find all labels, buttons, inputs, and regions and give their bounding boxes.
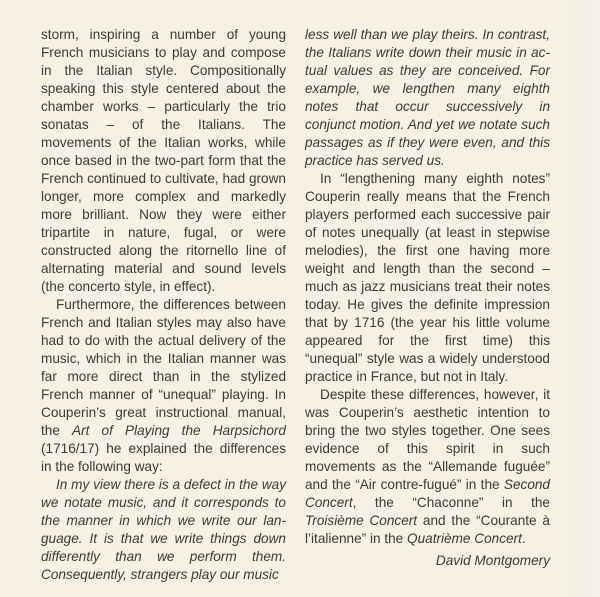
work-title: Troisième Concert	[305, 513, 417, 528]
text: , the “Chaconne” in the	[353, 495, 550, 510]
page-edge	[568, 0, 600, 597]
paragraph: In “lengthening many eighth notes” Coupe…	[305, 170, 550, 386]
book-title: Art of Playing the Harpsichord	[72, 423, 286, 438]
quotation: In my view there is a defect in the way …	[41, 476, 286, 584]
right-column: less well than we play theirs. In contra…	[305, 26, 550, 570]
paragraph: storm, inspiring a number of young Frenc…	[41, 26, 286, 296]
text: (1716/17) he explained the differences i…	[41, 441, 286, 474]
work-title: Quatrième Concert	[407, 531, 522, 546]
quotation: less well than we play theirs. In contra…	[305, 26, 550, 170]
left-column: storm, inspiring a number of young Frenc…	[41, 26, 286, 584]
author-signature: David Montgomery	[305, 552, 550, 570]
paragraph: Furthermore, the differences between Fre…	[41, 296, 286, 476]
text: Furthermore, the differences between Fre…	[41, 297, 286, 438]
paragraph: Despite these differences, however, it w…	[305, 386, 550, 548]
text: .	[522, 531, 526, 546]
